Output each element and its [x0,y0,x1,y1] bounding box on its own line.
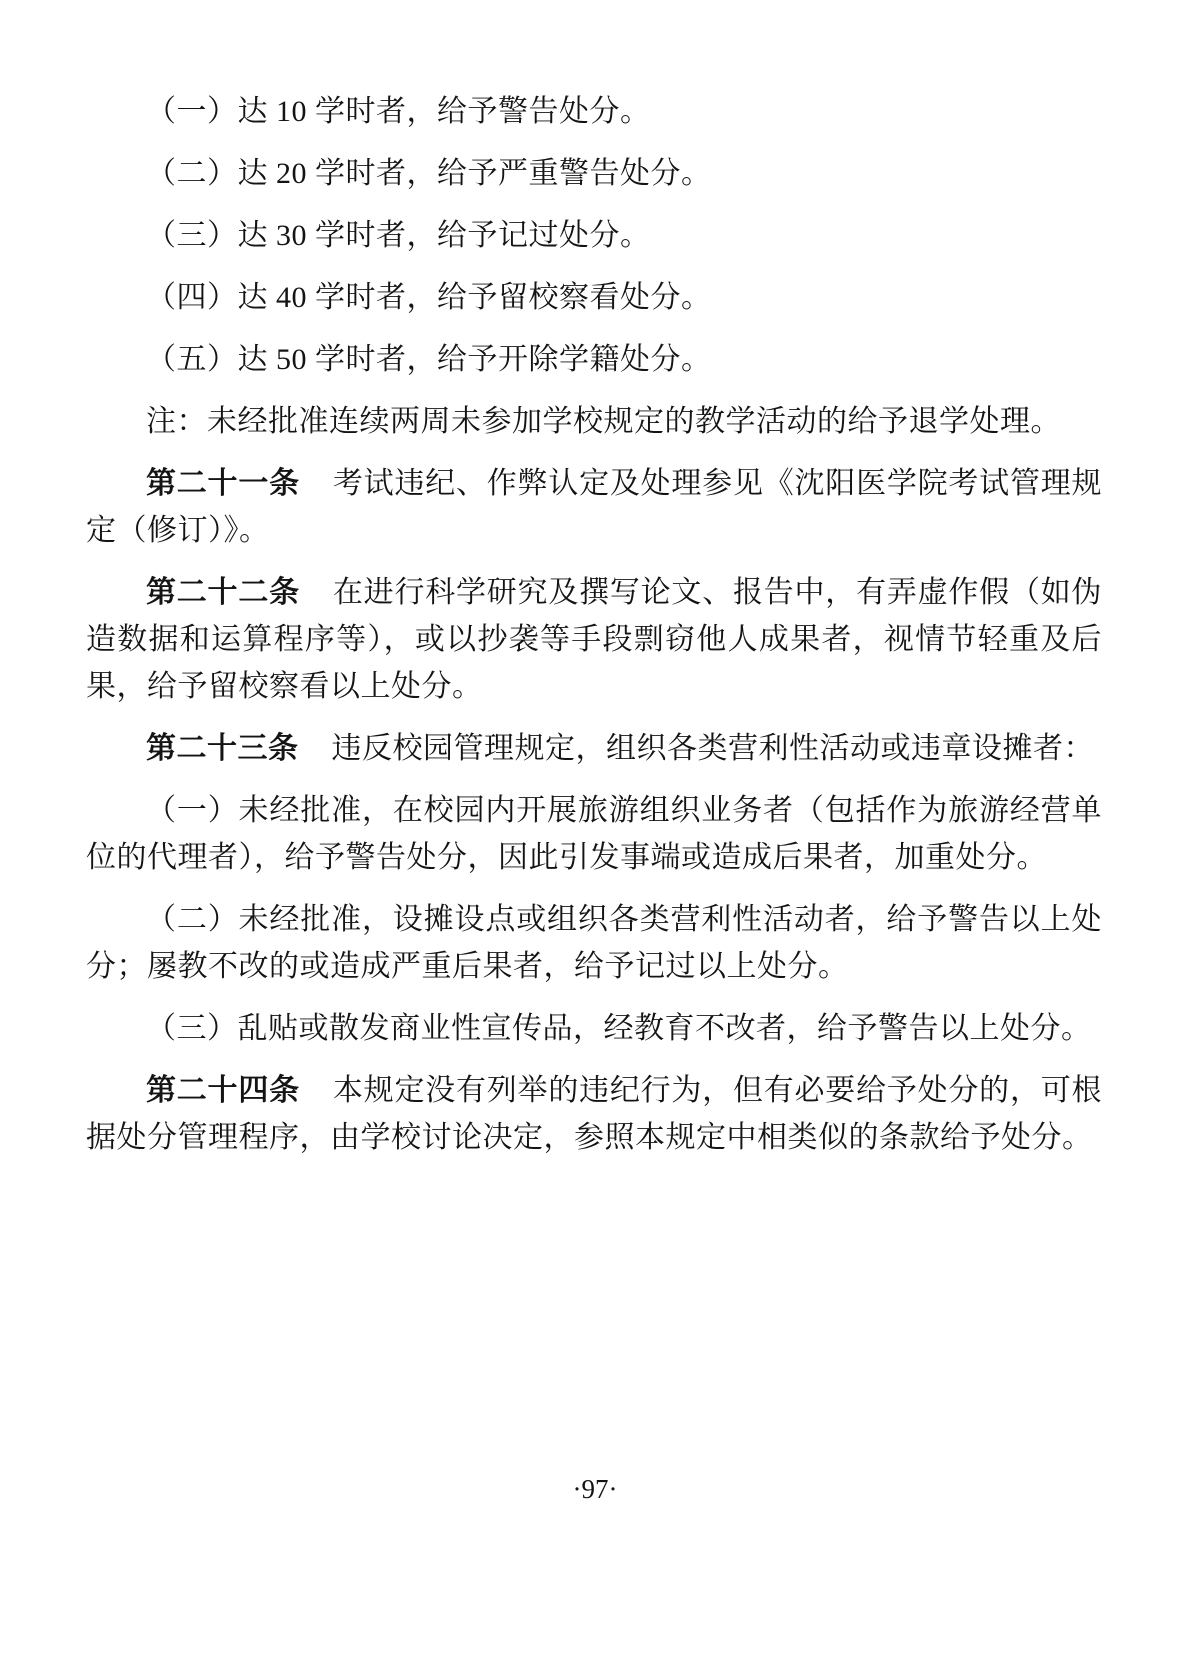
article-23-paragraph: 第二十三条违反校园管理规定，组织各类营利性活动或违章设摊者： [86,725,1102,772]
article-21-label: 第二十一条 [146,467,300,500]
sub-item-1: （一）未经批准，在校园内开展旅游组织业务者（包括作为旅游经营单位的代理者），给予… [86,787,1102,881]
document-page: （一）达 10 学时者，给予警告处分。 （二）达 20 学时者，给予严重警告处分… [0,0,1190,1670]
list-item-4: （四）达 40 学时者，给予留校察看处分。 [86,274,1102,321]
article-23-label: 第二十三条 [146,732,299,765]
list-item-3: （三）达 30 学时者，给予记过处分。 [86,212,1102,259]
article-23-text: 违反校园管理规定，组织各类营利性活动或违章设摊者： [332,732,1095,765]
list-item-2: （二）达 20 学时者，给予严重警告处分。 [86,150,1102,197]
article-22-paragraph: 第二十二条在进行科学研究及撰写论文、报告中，有弄虚作假（如伪造数据和运算程序等）… [86,569,1102,710]
list-item-5: （五）达 50 学时者，给予开除学籍处分。 [86,336,1102,383]
sub-item-2: （二）未经批准，设摊设点或组织各类营利性活动者，给予警告以上处分；屡教不改的或造… [86,896,1102,990]
article-22-label: 第二十二条 [146,576,300,609]
page-number: ·97· [0,1472,1190,1506]
article-21-paragraph: 第二十一条考试违纪、作弊认定及处理参见《沈阳医学院考试管理规定（修订）》。 [86,460,1102,554]
sub-item-3: （三）乱贴或散发商业性宣传品，经教育不改者，给予警告以上处分。 [86,1005,1102,1052]
article-24-paragraph: 第二十四条本规定没有列举的违纪行为，但有必要给予处分的，可根据处分管理程序，由学… [86,1067,1102,1161]
list-item-1: （一）达 10 学时者，给予警告处分。 [86,88,1102,135]
note-paragraph: 注：未经批准连续两周未参加学校规定的教学活动的给予退学处理。 [86,398,1102,445]
article-24-label: 第二十四条 [146,1074,300,1107]
